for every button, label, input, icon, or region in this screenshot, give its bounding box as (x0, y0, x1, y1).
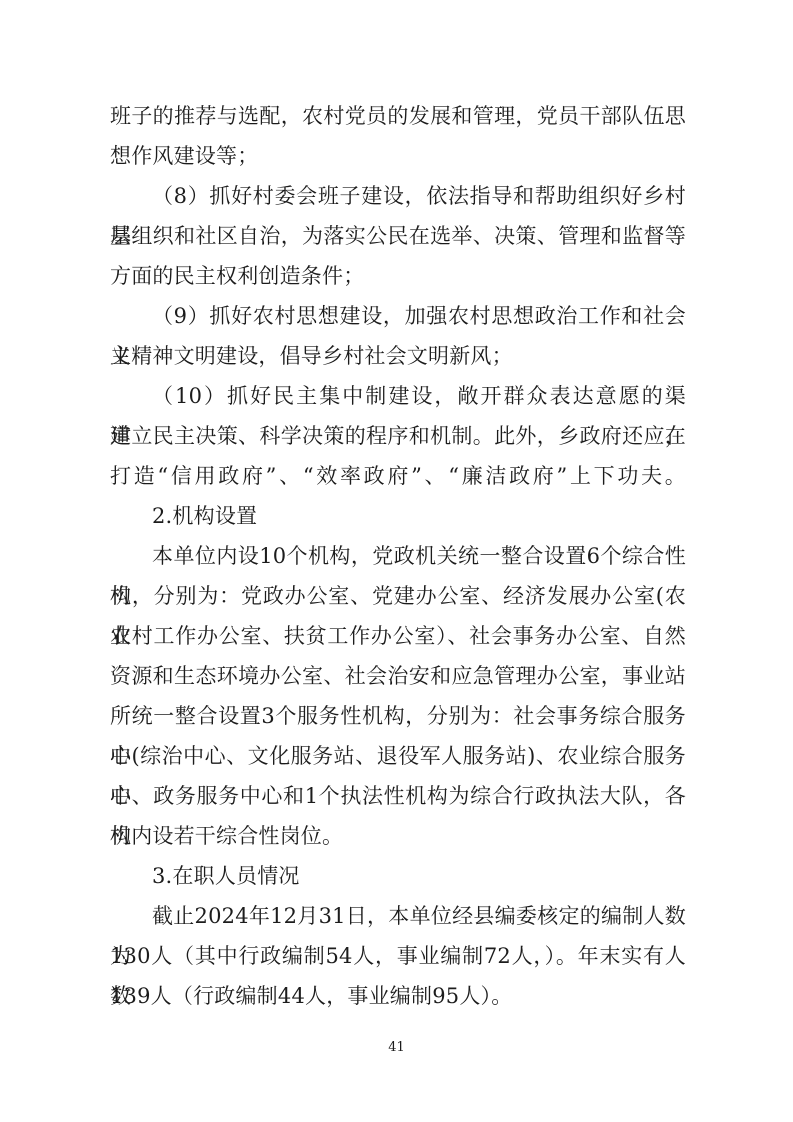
section-heading: 2.机构设置 (110, 496, 686, 536)
text-line: 义精神文明建设，倡导乡村社会文明新风； (110, 336, 686, 376)
document-page: 班子的推荐与选配，农村党员的发展和管理，党员干部队伍思 想作风建设等； （8）抓… (0, 0, 793, 1122)
section-heading: 3.在职人员情况 (110, 856, 686, 896)
text-line: 资源和生态环境办公室、社会治安和应急管理办公室，事业站 (110, 656, 686, 696)
text-line: 想作风建设等； (110, 136, 686, 176)
text-line: （10）抓好民主集中制建设，敞开群众表达意愿的渠道， (110, 376, 686, 416)
text-line: 130人（其中行政编制54人，事业编制72人，）。年末实有人数 (110, 936, 686, 976)
text-line: 构，分别为：党政办公室、党建办公室、经济发展办公室(农业 (110, 576, 686, 616)
text-line: 打造“信用政府”、“效率政府”、“廉洁政府”上下功夫。 (110, 456, 686, 496)
page-number: 41 (0, 1040, 793, 1055)
text-line: 139人（行政编制44人，事业编制95人）。 (110, 976, 686, 1016)
text-line: 建立民主决策、科学决策的程序和机制。此外，乡政府还应在 (110, 416, 686, 456)
text-line: 农村工作办公室、扶贫工作办公室）、社会事务办公室、自然 (110, 616, 686, 656)
text-line: （9）抓好农村思想建设，加强农村思想政治工作和社会主 (110, 296, 686, 336)
text-line: 班子的推荐与选配，农村党员的发展和管理，党员干部队伍思 (110, 96, 686, 136)
text-line: 方面的民主权利创造条件； (110, 256, 686, 296)
text-line: 本单位内设10个机构，党政机关统一整合设置6个综合性机 (110, 536, 686, 576)
text-line: 心、政务服务中心和1个执法性机构为综合行政执法大队，各机 (110, 776, 686, 816)
text-line: 层组织和社区自治，为落实公民在选举、决策、管理和监督等 (110, 216, 686, 256)
document-body-text: 班子的推荐与选配，农村党员的发展和管理，党员干部队伍思 想作风建设等； （8）抓… (110, 96, 686, 1016)
text-line: 所统一整合设置3个服务性机构，分别为：社会事务综合服务中 (110, 696, 686, 736)
text-line: 截止2024年12月31日，本单位经县编委核定的编制人数为 (110, 896, 686, 936)
text-line: 心(综治中心、文化服务站、退役军人服务站)、农业综合服务中 (110, 736, 686, 776)
text-line: （8）抓好村委会班子建设，依法指导和帮助组织好乡村基 (110, 176, 686, 216)
text-line: 构内设若干综合性岗位。 (110, 816, 686, 856)
